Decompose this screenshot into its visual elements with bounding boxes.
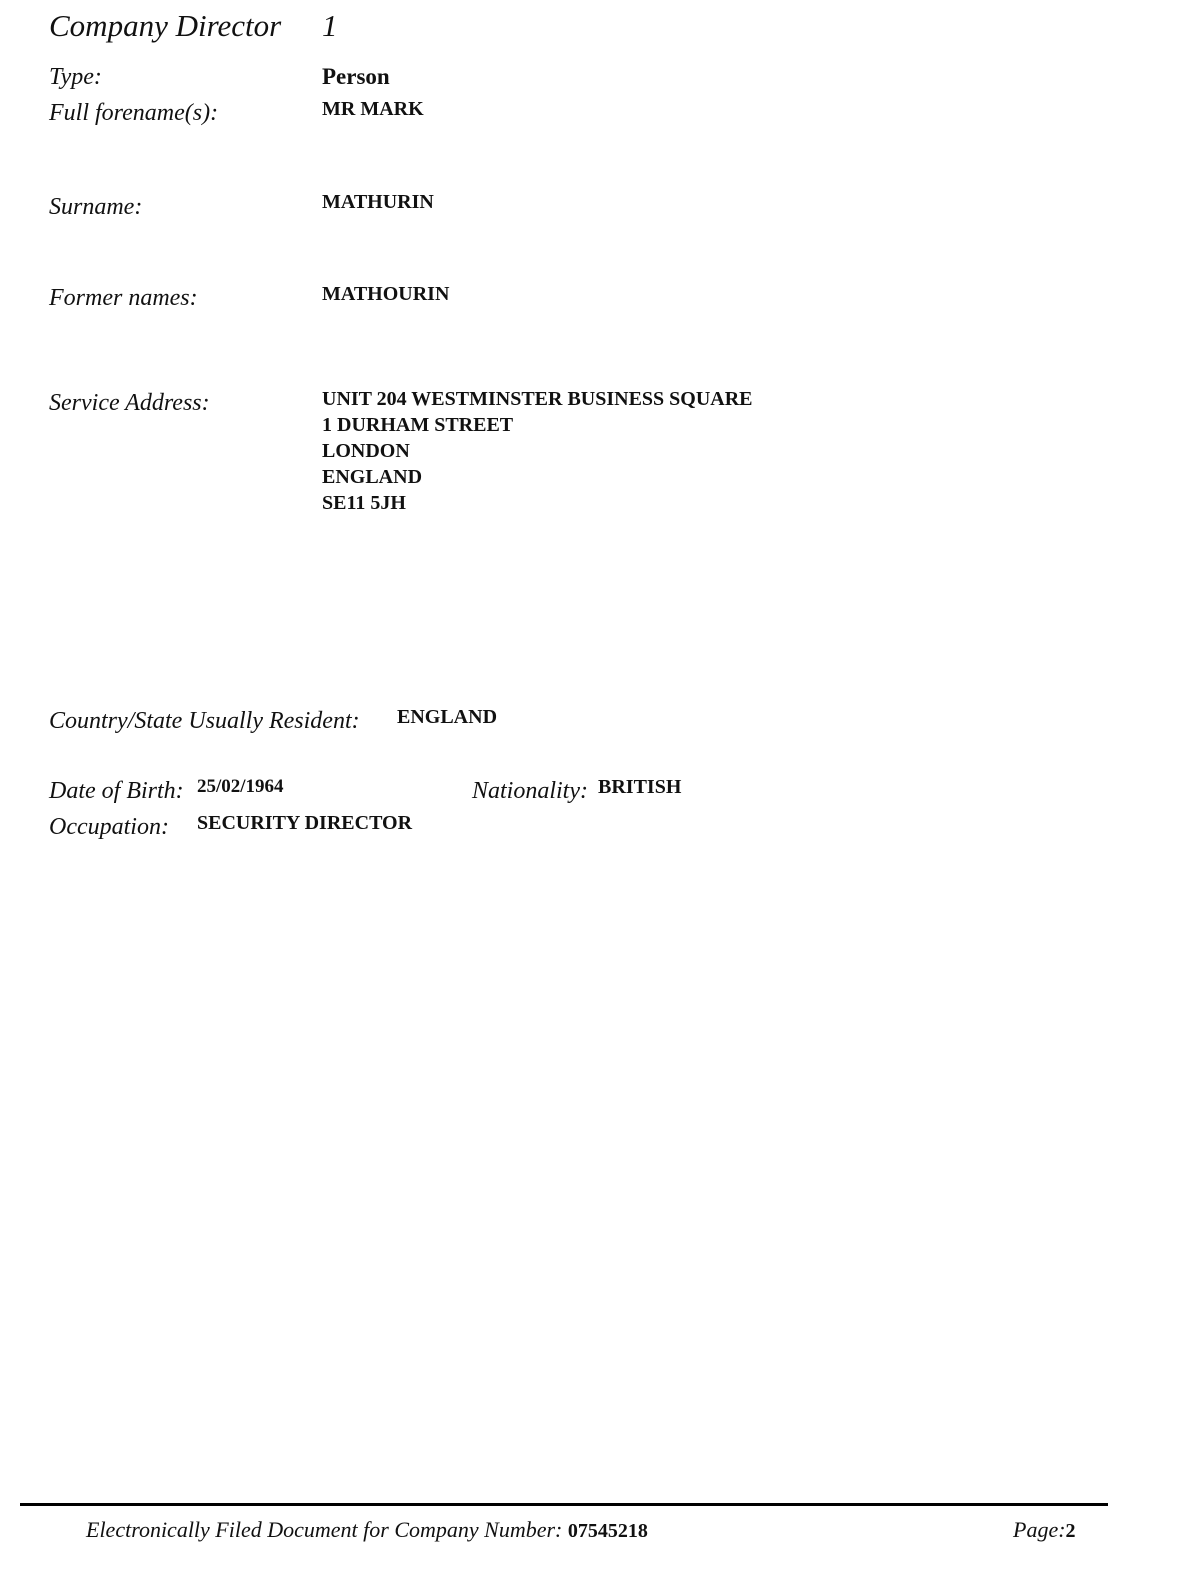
nationality-label: Nationality: xyxy=(472,778,588,805)
page-label: Page: xyxy=(1013,1517,1066,1542)
page-indicator: Page:2 xyxy=(1013,1517,1076,1543)
occupation-label: Occupation: xyxy=(49,814,169,841)
company-number: 07545218 xyxy=(568,1520,648,1542)
address-line: 1 DURHAM STREET xyxy=(322,412,753,438)
country-resident-value: ENGLAND xyxy=(397,706,497,729)
director-number: 1 xyxy=(322,8,338,44)
country-resident-label: Country/State Usually Resident: xyxy=(49,708,360,735)
former-names-value: MATHOURIN xyxy=(322,283,449,306)
type-value: Person xyxy=(322,64,390,90)
former-names-label: Former names: xyxy=(49,285,198,312)
service-address-label: Service Address: xyxy=(49,390,210,417)
address-line: ENGLAND xyxy=(322,464,753,490)
dob-value: 25/02/1964 xyxy=(197,776,284,798)
forenames-label: Full forename(s): xyxy=(49,100,218,127)
footer-label: Electronically Filed Document for Compan… xyxy=(86,1517,562,1542)
address-line: LONDON xyxy=(322,438,753,464)
section-title: Company Director xyxy=(49,8,281,44)
dob-label: Date of Birth: xyxy=(49,778,184,805)
page-number: 2 xyxy=(1066,1520,1076,1542)
type-label: Type: xyxy=(49,64,102,91)
occupation-value: SECURITY DIRECTOR xyxy=(197,812,412,835)
surname-value: MATHURIN xyxy=(322,191,434,214)
footer-divider xyxy=(20,1503,1108,1506)
service-address-value: UNIT 204 WESTMINSTER BUSINESS SQUARE 1 D… xyxy=(322,386,753,516)
nationality-value: BRITISH xyxy=(598,776,681,799)
address-line: UNIT 204 WESTMINSTER BUSINESS SQUARE xyxy=(322,386,753,412)
footer-text: Electronically Filed Document for Compan… xyxy=(86,1517,648,1543)
forenames-value: MR MARK xyxy=(322,98,424,121)
surname-label: Surname: xyxy=(49,194,142,221)
address-line: SE11 5JH xyxy=(322,490,753,516)
